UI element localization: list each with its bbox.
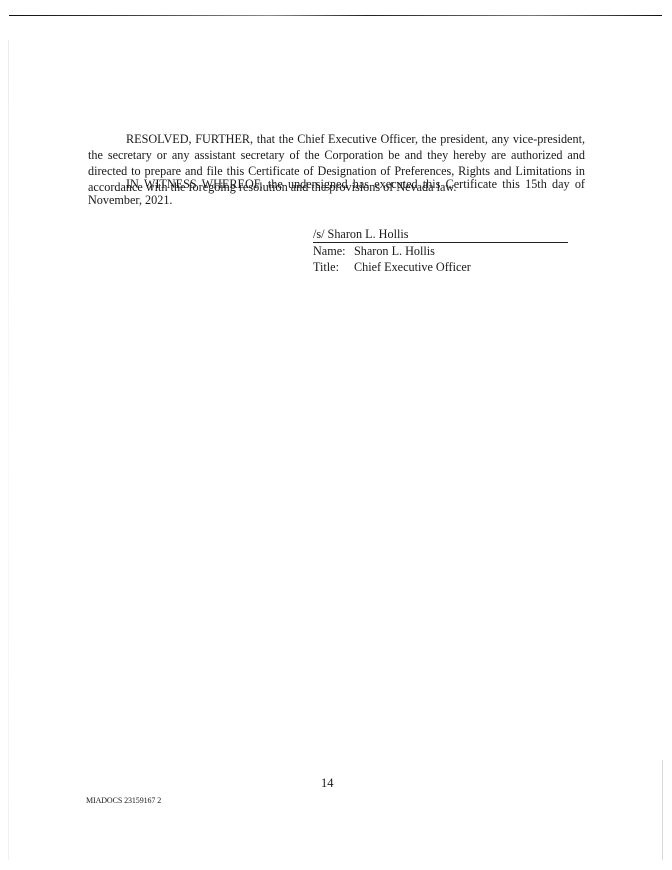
name-label: Name: (313, 243, 354, 259)
name-value: Sharon L. Hollis (354, 243, 435, 259)
scan-margin-artifact (662, 760, 663, 860)
signer-title-row: Title: Chief Executive Officer (313, 259, 573, 275)
signature-block: /s/ Sharon L. Hollis Name: Sharon L. Hol… (313, 226, 573, 275)
top-border-rule (9, 15, 662, 16)
signer-name-row: Name: Sharon L. Hollis (313, 243, 573, 259)
title-value: Chief Executive Officer (354, 259, 471, 275)
title-label: Title: (313, 259, 354, 275)
witness-paragraph: IN WITNESS WHEREOF, the undersigned has … (88, 176, 585, 208)
scan-margin-artifact (8, 40, 9, 860)
page-number: 14 (321, 776, 334, 791)
signature-line: /s/ Sharon L. Hollis (313, 226, 568, 243)
witness-text: IN WITNESS WHEREOF, the undersigned has … (88, 177, 585, 207)
footer-document-id: MIADOCS 23159167 2 (86, 796, 161, 805)
